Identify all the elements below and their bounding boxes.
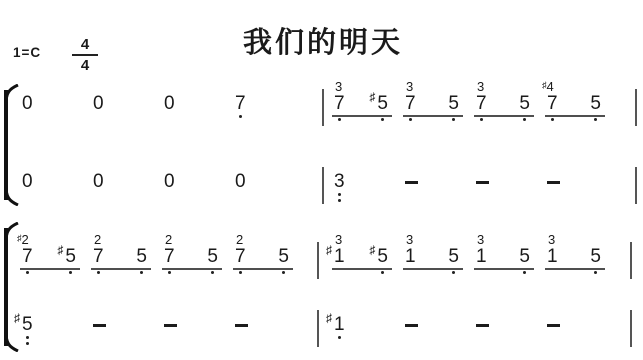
note: 5 <box>590 95 601 114</box>
time-signature-numerator: 4 <box>72 36 98 53</box>
chord-upper-digit: 3 <box>477 79 484 94</box>
octave-dot <box>338 336 341 339</box>
rest-note: 0 <box>164 95 175 114</box>
octave-dots-below <box>235 115 246 118</box>
note: 31 <box>476 248 487 267</box>
beat-cell: 0 <box>89 95 160 114</box>
note-digit: 1 <box>334 314 345 335</box>
note: 5 <box>519 95 530 114</box>
octave-dots-below <box>519 271 530 274</box>
note: ♯5 <box>377 248 388 267</box>
note: ♯5 <box>65 248 76 267</box>
beat-cell <box>401 316 472 335</box>
note-digit: 0 <box>164 171 175 192</box>
beat-cell: ♯31♯5 <box>330 248 401 267</box>
octave-dot <box>452 118 455 121</box>
octave-dot <box>140 271 143 274</box>
chord-upper-note: 2 <box>165 234 172 246</box>
octave-dot <box>69 271 72 274</box>
duration-dash <box>93 324 106 327</box>
time-signature-denominator: 4 <box>72 57 98 74</box>
eighth-note-beam <box>545 115 605 117</box>
note-digit: 5 <box>377 246 388 267</box>
beat-cell: ♯5 <box>18 316 89 335</box>
note: 7 <box>235 95 246 114</box>
octave-dots-below <box>235 271 246 274</box>
eighth-note-beam <box>545 268 605 270</box>
measure: ♯31♯5315315315 <box>330 248 614 267</box>
octave-dots-below <box>334 118 345 121</box>
duration-dash <box>235 324 248 327</box>
octave-dots-below <box>377 271 388 274</box>
beamed-note-pair: ♯475 <box>547 95 601 114</box>
beat-cell <box>160 316 231 335</box>
beamed-note-pair: 37♯5 <box>334 95 388 114</box>
octave-dot <box>338 118 341 121</box>
time-signature-fraction-bar <box>72 54 98 56</box>
octave-dots-below <box>405 118 416 121</box>
octave-dot <box>594 118 597 121</box>
octave-dots-below <box>476 118 487 121</box>
chord-upper-note: 2 <box>94 234 101 246</box>
octave-dot <box>452 271 455 274</box>
note-digit: 5 <box>448 93 459 114</box>
note: ♯47 <box>547 95 558 114</box>
eighth-note-beam <box>332 115 392 117</box>
rest-note: 0 <box>93 173 104 192</box>
beat-cell: 7 <box>231 95 302 114</box>
beamed-note-pair: ♯31♯5 <box>334 248 388 267</box>
sheet-music-page: 我们的明天 1=C 4 4 000737♯5375375♯475 00003 ♯… <box>0 0 643 360</box>
note-digit: 7 <box>334 93 345 114</box>
note: 5 <box>278 248 289 267</box>
chord-upper-digit: 3 <box>477 232 484 247</box>
note-digit: 7 <box>235 246 246 267</box>
octave-dot <box>97 271 100 274</box>
chord-upper-digit: 2 <box>165 232 172 247</box>
octave-dot <box>282 271 285 274</box>
note: 27 <box>164 248 175 267</box>
beat-cell: 37♯5 <box>330 95 401 114</box>
note-digit: 0 <box>22 93 33 114</box>
octave-dot <box>168 271 171 274</box>
beamed-note-pair: 375 <box>405 95 459 114</box>
beamed-note-pair: 315 <box>547 248 601 267</box>
chord-upper-note: 3 <box>406 234 413 246</box>
note-digit: 5 <box>519 93 530 114</box>
duration-dash <box>476 324 489 327</box>
barline <box>630 310 632 347</box>
chord-upper-digit: 3 <box>406 79 413 94</box>
note: 37 <box>476 95 487 114</box>
octave-dots-below <box>590 118 601 121</box>
chord-upper-digit: 3 <box>406 232 413 247</box>
note-digit: 7 <box>476 93 487 114</box>
barline <box>317 310 319 347</box>
octave-dot <box>551 118 554 121</box>
barline <box>630 242 632 279</box>
beat-cell: 0 <box>160 173 231 192</box>
note: 27 <box>93 248 104 267</box>
beat-cell <box>89 316 160 335</box>
beat-cell <box>231 316 302 335</box>
barline <box>635 167 637 204</box>
octave-dots-below <box>207 271 218 274</box>
note: 5 <box>207 248 218 267</box>
chord-upper-digit: 3 <box>335 232 342 247</box>
beamed-note-pair: 375 <box>476 95 530 114</box>
beat-cell: 0 <box>18 95 89 114</box>
beat-cell <box>543 316 614 335</box>
octave-dots-below <box>590 271 601 274</box>
beamed-note-pair: ♯27♯5 <box>22 248 76 267</box>
note-digit: 5 <box>136 246 147 267</box>
octave-dot <box>381 118 384 121</box>
duration-dash <box>164 324 177 327</box>
beat-cell <box>472 173 543 192</box>
measure: 0007 <box>18 95 302 114</box>
staff-row-system2-lower: ♯5♯1 <box>18 316 640 356</box>
duration-dash <box>547 324 560 327</box>
sharp-icon: ♯ <box>57 241 63 259</box>
note-digit: 5 <box>448 246 459 267</box>
chord-upper-note: 3 <box>477 234 484 246</box>
eighth-note-beam <box>20 268 80 270</box>
beamed-note-pair: 275 <box>164 248 218 267</box>
chord-upper-digit: 2 <box>22 232 29 247</box>
octave-dots-below <box>448 118 459 121</box>
eighth-note-beam <box>403 115 463 117</box>
chord-upper-digit: 3 <box>335 79 342 94</box>
eighth-note-beam <box>403 268 463 270</box>
note-digit: 1 <box>334 246 345 267</box>
chord-upper-note: ♯2 <box>23 234 29 247</box>
measure: 0000 <box>18 173 302 192</box>
note: ♯5 <box>22 316 33 335</box>
measure: 37♯5375375♯475 <box>330 95 614 114</box>
note: 5 <box>590 248 601 267</box>
note: 37 <box>334 95 345 114</box>
note-digit: 7 <box>22 246 33 267</box>
sharp-icon: ♯ <box>542 80 547 90</box>
duration-dash <box>476 181 489 184</box>
note-digit: 7 <box>405 93 416 114</box>
note: 31 <box>547 248 558 267</box>
octave-dots-below <box>22 271 33 274</box>
beamed-note-pair: 275 <box>93 248 147 267</box>
beamed-note-pair: 315 <box>476 248 530 267</box>
beat-cell <box>401 173 472 192</box>
note-digit: 5 <box>590 246 601 267</box>
octave-dot <box>239 115 242 118</box>
rest-note: 0 <box>22 173 33 192</box>
note: 5 <box>136 248 147 267</box>
note: 3 <box>334 173 345 192</box>
sharp-icon: ♯ <box>326 241 332 259</box>
duration-dash <box>405 324 418 327</box>
note: ♯5 <box>377 95 388 114</box>
note-digit: 0 <box>93 171 104 192</box>
sharp-icon: ♯ <box>326 309 332 327</box>
barline <box>322 167 324 204</box>
octave-dot <box>523 118 526 121</box>
note-digit: 5 <box>278 246 289 267</box>
note: ♯31 <box>334 248 345 267</box>
note-digit: 5 <box>207 246 218 267</box>
beat-cell: 315 <box>543 248 614 267</box>
note-digit: 5 <box>65 246 76 267</box>
note: ♯1 <box>334 316 345 335</box>
note-digit: 1 <box>476 246 487 267</box>
rest-note: 0 <box>93 95 104 114</box>
octave-dot <box>409 118 412 121</box>
staff-row-system1-upper: 000737♯5375375♯475 <box>18 95 640 135</box>
octave-dots-below <box>93 271 104 274</box>
chord-upper-digit: 3 <box>548 232 555 247</box>
beat-cell: 0 <box>160 95 231 114</box>
measure: ♯27♯5275275275 <box>18 248 302 267</box>
beat-cell: ♯1 <box>330 316 401 335</box>
octave-dot <box>594 271 597 274</box>
octave-dot <box>26 271 29 274</box>
beat-cell: 275 <box>231 248 302 267</box>
beat-cell: 315 <box>472 248 543 267</box>
eighth-note-beam <box>91 268 151 270</box>
octave-dots-below <box>136 271 147 274</box>
measure: ♯5 <box>18 316 302 335</box>
note-digit: 1 <box>405 246 416 267</box>
eighth-note-beam <box>332 268 392 270</box>
beat-cell: 3 <box>330 173 401 192</box>
octave-dot <box>26 336 29 339</box>
note-digit: 7 <box>235 93 246 114</box>
beamed-note-pair: 315 <box>405 248 459 267</box>
eighth-note-beam <box>233 268 293 270</box>
octave-dots-below <box>22 336 33 345</box>
rest-note: 0 <box>164 173 175 192</box>
beat-cell: 275 <box>160 248 231 267</box>
octave-dots-below <box>334 336 345 339</box>
note-digit: 7 <box>547 93 558 114</box>
note-digit: 0 <box>22 171 33 192</box>
chord-upper-note: 3 <box>548 234 555 246</box>
eighth-note-beam <box>474 115 534 117</box>
note-digit: 3 <box>334 171 345 192</box>
beat-cell: 0 <box>89 173 160 192</box>
beat-cell: 375 <box>472 95 543 114</box>
beat-cell: ♯27♯5 <box>18 248 89 267</box>
staff-row-system1-lower: 00003 <box>18 173 640 213</box>
song-title: 我们的明天 <box>243 20 403 61</box>
octave-dot <box>26 342 29 345</box>
beamed-note-pair: 275 <box>235 248 289 267</box>
measure: 3 <box>330 173 614 192</box>
duration-dash <box>547 181 560 184</box>
note: 31 <box>405 248 416 267</box>
octave-dot <box>239 271 242 274</box>
note: 5 <box>519 248 530 267</box>
note: 37 <box>405 95 416 114</box>
sharp-icon: ♯ <box>17 233 22 243</box>
chord-upper-note: 3 <box>406 81 413 93</box>
sharp-icon: ♯ <box>14 309 20 327</box>
beat-cell: 375 <box>401 95 472 114</box>
duration-dash <box>405 181 418 184</box>
note: 5 <box>448 95 459 114</box>
note-digit: 0 <box>93 93 104 114</box>
beat-cell <box>472 316 543 335</box>
chord-upper-note: 2 <box>236 234 243 246</box>
octave-dot <box>211 271 214 274</box>
octave-dots-below <box>65 271 76 274</box>
measure: ♯1 <box>330 316 614 335</box>
chord-upper-note: 3 <box>335 234 342 246</box>
octave-dots-below <box>377 118 388 121</box>
note: 27 <box>235 248 246 267</box>
note-digit: 5 <box>590 93 601 114</box>
note-digit: 5 <box>22 314 33 335</box>
chord-upper-digit: 2 <box>94 232 101 247</box>
chord-upper-note: ♯4 <box>548 81 554 94</box>
octave-dots-below <box>448 271 459 274</box>
staff-row-system2-upper: ♯27♯5275275275♯31♯5315315315 <box>18 248 640 288</box>
octave-dot <box>338 193 341 196</box>
note-digit: 5 <box>519 246 530 267</box>
beat-cell <box>543 173 614 192</box>
rest-note: 0 <box>235 173 246 192</box>
beat-cell: 275 <box>89 248 160 267</box>
chord-upper-note: 3 <box>335 81 342 93</box>
octave-dot <box>338 199 341 202</box>
beat-cell: 0 <box>18 173 89 192</box>
note-digit: 5 <box>377 93 388 114</box>
time-signature: 4 4 <box>72 36 98 74</box>
beat-cell: 315 <box>401 248 472 267</box>
note-digit: 7 <box>93 246 104 267</box>
octave-dots-below <box>547 118 558 121</box>
note-digit: 7 <box>164 246 175 267</box>
chord-upper-digit: 4 <box>547 79 554 94</box>
note: ♯27 <box>22 248 33 267</box>
beat-cell: 0 <box>231 173 302 192</box>
eighth-note-beam <box>162 268 222 270</box>
octave-dots-below <box>164 271 175 274</box>
octave-dot <box>381 271 384 274</box>
note: 5 <box>448 248 459 267</box>
octave-dots-below <box>278 271 289 274</box>
sharp-icon: ♯ <box>369 241 375 259</box>
chord-upper-note: 3 <box>477 81 484 93</box>
note-digit: 0 <box>235 171 246 192</box>
barline <box>322 89 324 126</box>
barline <box>635 89 637 126</box>
rest-note: 0 <box>22 95 33 114</box>
octave-dot <box>523 271 526 274</box>
sharp-icon: ♯ <box>369 88 375 106</box>
note-digit: 0 <box>164 93 175 114</box>
octave-dot <box>480 118 483 121</box>
eighth-note-beam <box>474 268 534 270</box>
key-signature: 1=C <box>13 45 41 60</box>
chord-upper-digit: 2 <box>236 232 243 247</box>
barline <box>317 242 319 279</box>
note-digit: 1 <box>547 246 558 267</box>
octave-dots-below <box>519 118 530 121</box>
octave-dots-below <box>334 193 345 202</box>
beat-cell: ♯475 <box>543 95 614 114</box>
